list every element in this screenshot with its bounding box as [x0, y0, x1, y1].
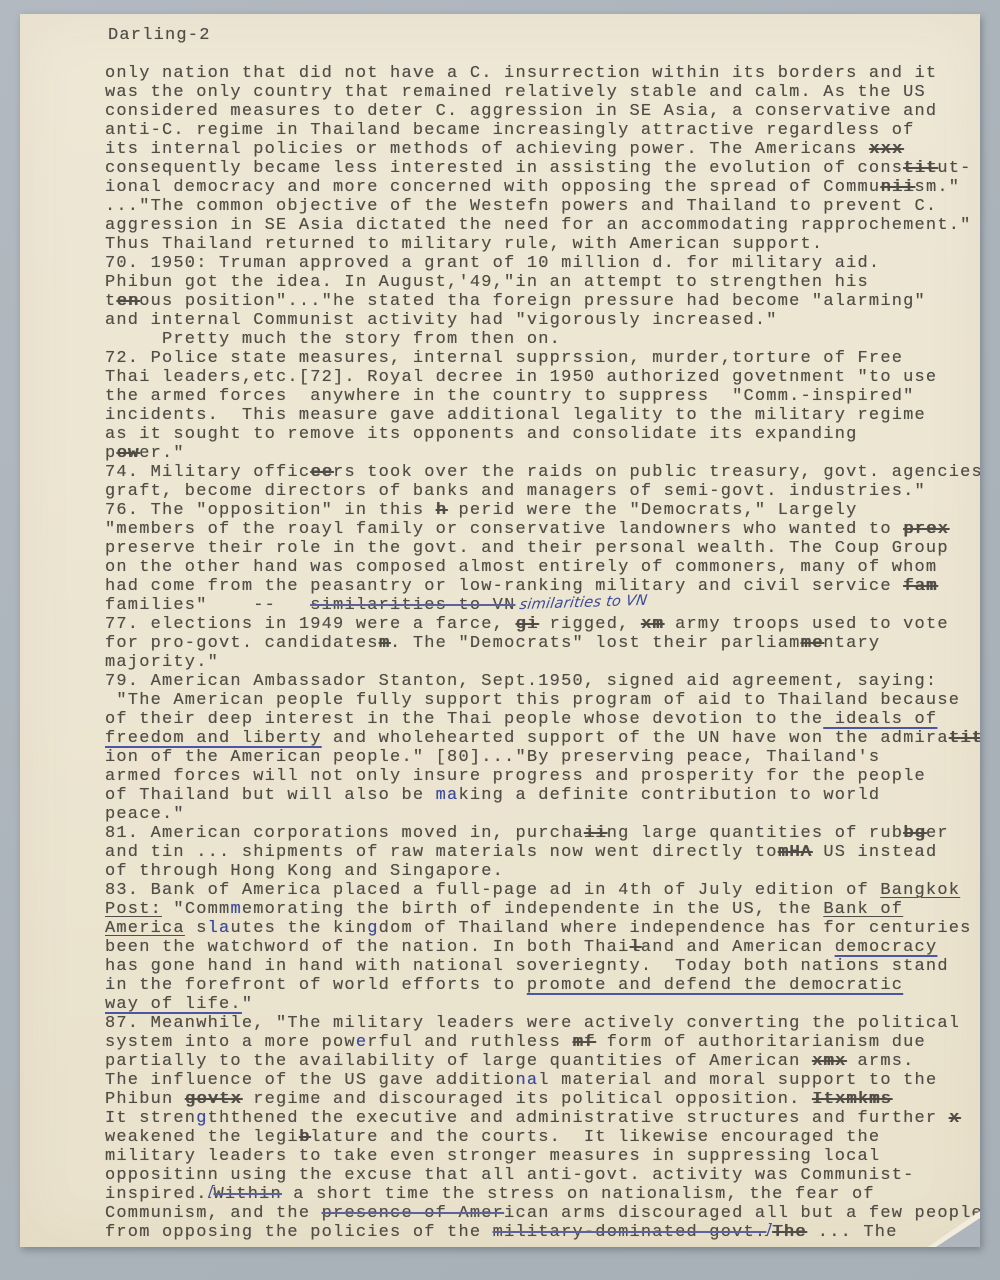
- text-line: incidents. This measure gave additional …: [105, 406, 980, 425]
- text-segment: a short time the stress on nationalism, …: [282, 1185, 875, 1204]
- text-segment: and tin ... shipments of raw materials n…: [105, 843, 778, 862]
- text-line: on the other hand was composed almost en…: [105, 558, 980, 577]
- text-segment: ut-: [937, 159, 971, 178]
- text-segment: families" --: [105, 596, 310, 615]
- text-line: oppositinn using the excuse that all ant…: [105, 1166, 980, 1185]
- text-line: 77. elections in 1949 were a farce, gi r…: [105, 615, 980, 634]
- text-segment: ional democracy and more concerned with …: [105, 178, 880, 197]
- text-segment: Itxmkms: [812, 1090, 892, 1109]
- text-line: Phibun govtx regime and discouraged its …: [105, 1090, 980, 1109]
- text-segment: had come from the peasantry or low-ranki…: [105, 577, 903, 596]
- text-segment: system into a more pow: [105, 1033, 356, 1052]
- text-segment: promote and defend the democratic: [527, 976, 903, 995]
- text-segment: 77. elections in 1949 were a farce,: [105, 615, 515, 634]
- text-segment: only nation that did not have a C. insur…: [105, 64, 937, 83]
- text-segment: fam: [903, 577, 937, 596]
- text-segment: ... The: [806, 1223, 897, 1242]
- text-segment: rigged,: [538, 615, 641, 634]
- text-line: partially to the availability of large q…: [105, 1052, 980, 1071]
- text-line: for pro-govt. candidatesm. The "Democrat…: [105, 634, 980, 653]
- text-line: freedom and liberty and wholehearted sup…: [105, 729, 980, 748]
- text-line: ion of the American people." [80]..."By …: [105, 748, 980, 767]
- text-segment: of through Hong Kong and Singapore.: [105, 862, 504, 881]
- text-segment: 87. Meanwhile, "The military leaders wer…: [105, 1014, 960, 1033]
- text-line: Pretty much the story from then on.: [105, 330, 980, 349]
- text-segment: mf: [572, 1033, 595, 1052]
- text-segment: Bangkok: [880, 881, 960, 900]
- text-segment: Thus Thailand returned to military rule,…: [105, 235, 823, 254]
- text-segment: oppositinn using the excuse that all ant…: [105, 1166, 915, 1185]
- text-segment: nii: [880, 178, 914, 197]
- text-line: of through Hong Kong and Singapore.: [105, 862, 980, 881]
- text-segment: l material and moral support to the: [538, 1071, 937, 1090]
- text-segment: s: [185, 919, 208, 938]
- text-line: only nation that did not have a C. insur…: [105, 64, 980, 83]
- text-line: "The American people fully support this …: [105, 691, 980, 710]
- text-segment: of their deep interest in the Thai peopl…: [105, 710, 823, 729]
- text-segment: Thai leaders,etc.[72]. Royal decree in 1…: [105, 368, 937, 387]
- text-segment: inspired.: [105, 1185, 208, 1204]
- text-segment: as it sought to remove its opponents and…: [105, 425, 858, 444]
- text-segment: tit: [903, 159, 937, 178]
- text-segment: America: [105, 919, 185, 938]
- text-segment: g: [196, 1109, 207, 1128]
- text-segment: army troops used to vote: [664, 615, 949, 634]
- text-line: America slautes the kingdom of Thailand …: [105, 919, 980, 938]
- text-segment: considered measures to deter C. aggressi…: [105, 102, 937, 121]
- text-line: ..."The common objective of the Westefn …: [105, 197, 980, 216]
- text-line: 76. The "opposition" in this h perid wer…: [105, 501, 980, 520]
- text-line: armed forces will not only insure progre…: [105, 767, 980, 786]
- text-segment: "members of the roayl family or conserva…: [105, 520, 903, 539]
- text-line: and tin ... shipments of raw materials n…: [105, 843, 980, 862]
- text-segment: ma: [436, 786, 459, 805]
- text-segment: Pretty much the story from then on.: [105, 330, 561, 349]
- text-segment: peace.": [105, 805, 185, 824]
- text-segment: er: [926, 824, 949, 843]
- text-segment: freedom and liberty: [105, 729, 322, 748]
- text-segment: arms.: [846, 1052, 914, 1071]
- text-line: considered measures to deter C. aggressi…: [105, 102, 980, 121]
- text-segment: prex: [903, 520, 949, 539]
- text-segment: p: [105, 444, 116, 463]
- text-segment: of Thailand but will also be: [105, 786, 436, 805]
- text-segment: na: [515, 1071, 538, 1090]
- page-header: Darling-2: [108, 26, 211, 45]
- text-segment: Within: [213, 1185, 281, 1204]
- text-segment: 70. 1950: Truman approved a grant of 10 …: [105, 254, 880, 273]
- text-line: The influence of the US gave additional …: [105, 1071, 980, 1090]
- text-segment: king a definite contribution to world: [458, 786, 880, 805]
- text-segment: e: [356, 1033, 367, 1052]
- text-segment: "The American people fully support this …: [105, 691, 960, 710]
- text-segment: way of life.: [105, 995, 242, 1014]
- text-segment: anti-C. regime in Thailand became increa…: [105, 121, 915, 140]
- text-segment: graft, become directors of banks and man…: [105, 482, 926, 501]
- text-segment: and internal Communist activity had "vig…: [105, 311, 778, 330]
- text-segment: ii: [584, 824, 607, 843]
- text-segment: m: [379, 634, 390, 653]
- text-segment: 81. American corporations moved in, purc…: [105, 824, 584, 843]
- text-segment: en: [116, 292, 139, 311]
- text-segment: ican arms discouraged all but a few peop…: [504, 1204, 980, 1223]
- text-line: has gone hand in hand with national sove…: [105, 957, 980, 976]
- text-line: peace.": [105, 805, 980, 824]
- text-segment: incidents. This measure gave additional …: [105, 406, 926, 425]
- text-segment: aggression in SE Asia dictated the need …: [105, 216, 972, 235]
- text-segment: Phibun got the idea. In August,'49,"in a…: [105, 273, 869, 292]
- text-segment: ous position"..."he stated tha foreign p…: [139, 292, 926, 311]
- text-line: power.": [105, 444, 980, 463]
- text-line: from opposing the policies of the milita…: [105, 1223, 980, 1242]
- text-segment: on the other hand was composed almost en…: [105, 558, 937, 577]
- text-line: Communism, and the presence of American …: [105, 1204, 980, 1223]
- text-line: It strengththened the executive and admi…: [105, 1109, 980, 1128]
- text-segment: majority.": [105, 653, 219, 672]
- text-segment: partially to the availability of large q…: [105, 1052, 812, 1071]
- text-segment: military-dominated govt.: [493, 1223, 767, 1242]
- text-line: 87. Meanwhile, "The military leaders wer…: [105, 1014, 980, 1033]
- text-line: had come from the peasantry or low-ranki…: [105, 577, 980, 596]
- text-segment: l: [629, 938, 640, 957]
- text-segment: its internal policies or methods of achi…: [105, 140, 869, 159]
- text-segment: bg: [903, 824, 926, 843]
- document-page: Darling-2 only nation that did not have …: [20, 14, 980, 1247]
- text-segment: preserve their role in the govt. and the…: [105, 539, 949, 558]
- text-segment: perid were the "Democrats," Largely: [447, 501, 857, 520]
- text-line: Phibun got the idea. In August,'49,"in a…: [105, 273, 980, 292]
- text-line: ional democracy and more concerned with …: [105, 178, 980, 197]
- text-segment: la: [208, 919, 231, 938]
- text-segment: 83. Bank of America placed a full-page a…: [105, 881, 880, 900]
- text-segment: ntary: [823, 634, 880, 653]
- text-line: the armed forces anywhere in the country…: [105, 387, 980, 406]
- text-segment: xxx: [869, 140, 903, 159]
- text-segment: ow: [116, 444, 139, 463]
- text-segment: for pro-govt. candidates: [105, 634, 379, 653]
- text-segment: b: [299, 1128, 310, 1147]
- text-segment: . The "Democrats" lost their parliam: [390, 634, 800, 653]
- text-segment: Communism, and the: [105, 1204, 322, 1223]
- text-segment: similarities to VN: [310, 596, 515, 615]
- text-segment: rs took over the raids on public treasur…: [333, 463, 980, 482]
- paper-corner-cut: [936, 1218, 980, 1247]
- text-segment: m: [230, 900, 241, 919]
- text-segment: sm.": [915, 178, 961, 197]
- text-segment: ": [242, 995, 253, 1014]
- text-segment: 74. Military offic: [105, 463, 310, 482]
- text-line: Thai leaders,etc.[72]. Royal decree in 1…: [105, 368, 980, 387]
- text-line: was the only country that remained relat…: [105, 83, 980, 102]
- text-segment: democracy: [835, 938, 938, 957]
- text-line: anti-C. regime in Thailand became increa…: [105, 121, 980, 140]
- text-segment: and and American: [641, 938, 835, 957]
- text-segment: x: [949, 1109, 960, 1128]
- text-segment: g: [367, 919, 378, 938]
- text-segment: form of authoritarianism due: [595, 1033, 926, 1052]
- text-segment: Phibun: [105, 1090, 185, 1109]
- text-segment: ion of the American people." [80]..."By …: [105, 748, 880, 767]
- text-line: been the watchword of the nation. In bot…: [105, 938, 980, 957]
- text-segment: utes the kin: [230, 919, 367, 938]
- text-line: system into a more powerful and ruthless…: [105, 1033, 980, 1052]
- text-segment: er.": [139, 444, 185, 463]
- text-segment: ..."The common objective of the Westefn …: [105, 197, 937, 216]
- text-line: aggression in SE Asia dictated the need …: [105, 216, 980, 235]
- handwritten-annotation: similarities to VN: [514, 592, 649, 616]
- text-line: 74. Military officeers took over the rai…: [105, 463, 980, 482]
- text-segment: US instead: [812, 843, 937, 862]
- text-segment: presence of Amer: [322, 1204, 504, 1223]
- text-line: majority.": [105, 653, 980, 672]
- text-segment: ee: [310, 463, 333, 482]
- text-line: 79. American Ambassador Stanton, Sept.19…: [105, 672, 980, 691]
- text-segment: in the forefront of world efforts to: [105, 976, 527, 995]
- text-line: inspired.[Within a short time the stress…: [105, 1185, 980, 1204]
- text-segment: h: [436, 501, 447, 520]
- text-segment: Post:: [105, 900, 162, 919]
- scan-background: Darling-2 only nation that did not have …: [0, 0, 1000, 1280]
- text-segment: armed forces will not only insure progre…: [105, 767, 926, 786]
- text-segment: ththened the executive and administrativ…: [208, 1109, 949, 1128]
- text-segment: military leaders to take even stronger m…: [105, 1147, 880, 1166]
- text-segment: weakened the legi: [105, 1128, 299, 1147]
- text-line: preserve their role in the govt. and the…: [105, 539, 980, 558]
- text-segment: gi: [515, 615, 538, 634]
- text-segment: me: [801, 634, 824, 653]
- text-segment: tit: [949, 729, 980, 748]
- typed-body: only nation that did not have a C. insur…: [105, 64, 980, 1242]
- text-segment: ideals of: [823, 710, 937, 729]
- text-line: consequently became less interested in a…: [105, 159, 980, 178]
- text-segment: The influence of the US gave additio: [105, 1071, 515, 1090]
- text-segment: xmx: [812, 1052, 846, 1071]
- text-line: 72. Police state measures, internal supp…: [105, 349, 980, 368]
- text-line: of their deep interest in the Thai peopl…: [105, 710, 980, 729]
- text-line: military leaders to take even stronger m…: [105, 1147, 980, 1166]
- text-line: of Thailand but will also be making a de…: [105, 786, 980, 805]
- text-segment: consequently became less interested in a…: [105, 159, 903, 178]
- text-segment: regime and discouraged its political opp…: [242, 1090, 812, 1109]
- text-segment: Bank of: [823, 900, 903, 919]
- text-line: 83. Bank of America placed a full-page a…: [105, 881, 980, 900]
- text-segment: has gone hand in hand with national sove…: [105, 957, 949, 976]
- text-segment: It stren: [105, 1109, 196, 1128]
- text-segment: "Comm: [162, 900, 230, 919]
- text-segment: xm: [641, 615, 664, 634]
- text-line: way of life.": [105, 995, 980, 1014]
- text-line: and internal Communist activity had "vig…: [105, 311, 980, 330]
- text-segment: dom of Thailand where independence has f…: [379, 919, 972, 938]
- text-segment: been the watchword of the nation. In bot…: [105, 938, 629, 957]
- text-line: Post: "Commmemorating the birth of indep…: [105, 900, 980, 919]
- text-segment: rful and ruthless: [367, 1033, 572, 1052]
- text-segment: was the only country that remained relat…: [105, 83, 926, 102]
- text-line: its internal policies or methods of achi…: [105, 140, 980, 159]
- text-line: Thus Thailand returned to military rule,…: [105, 235, 980, 254]
- text-line: as it sought to remove its opponents and…: [105, 425, 980, 444]
- text-line: in the forefront of world efforts to pro…: [105, 976, 980, 995]
- text-line: "members of the roayl family or conserva…: [105, 520, 980, 539]
- text-segment: 72. Police state measures, internal supp…: [105, 349, 903, 368]
- text-segment: govtx: [185, 1090, 242, 1109]
- text-segment: t: [105, 292, 116, 311]
- text-line: families" -- similarities to VN similari…: [105, 596, 980, 615]
- text-segment: emorating the birth of independente in t…: [242, 900, 824, 919]
- text-segment: lature and the courts. It likewise encou…: [310, 1128, 880, 1147]
- text-line: graft, become directors of banks and man…: [105, 482, 980, 501]
- text-line: 81. American corporations moved in, purc…: [105, 824, 980, 843]
- text-segment: ng large quantities of rub: [607, 824, 903, 843]
- text-segment: from opposing the policies of the: [105, 1223, 493, 1242]
- text-segment: 76. The "opposition" in this: [105, 501, 436, 520]
- text-line: tenous position"..."he stated tha foreig…: [105, 292, 980, 311]
- text-segment: and wholehearted support of the UN have …: [322, 729, 949, 748]
- text-line: weakened the legiblature and the courts.…: [105, 1128, 980, 1147]
- text-segment: 79. American Ambassador Stanton, Sept.19…: [105, 672, 937, 691]
- text-line: 70. 1950: Truman approved a grant of 10 …: [105, 254, 980, 273]
- text-segment: the armed forces anywhere in the country…: [105, 387, 915, 406]
- text-segment: mHA: [778, 843, 812, 862]
- text-segment: The: [772, 1223, 806, 1242]
